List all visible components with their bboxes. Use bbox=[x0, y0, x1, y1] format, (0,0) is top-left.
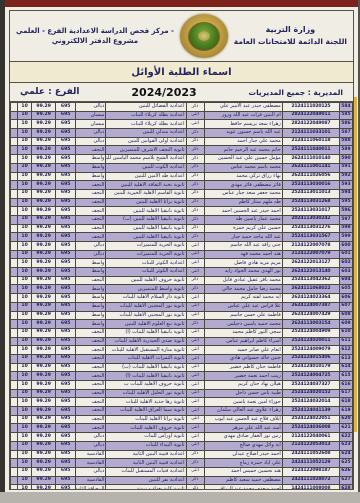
table-row: 6032624122013140نور الهدى محمد الجواد زا… bbox=[11, 268, 353, 277]
cell-average: 99.29 bbox=[32, 467, 56, 476]
project-title: مشروع الدفتر الالكتروني bbox=[16, 36, 174, 47]
cell-directorate: واسط bbox=[76, 163, 106, 172]
cell-directorate: واسط bbox=[76, 259, 106, 268]
cell-subject-count: 10 bbox=[18, 268, 32, 277]
table-row: 6082624124007429فاطمة علي حسن جاسمانثىثا… bbox=[11, 311, 353, 320]
cell-school: اعدادية بطلة كربلاء للبنات bbox=[106, 111, 186, 120]
blank-cell bbox=[11, 181, 18, 190]
cell-student-name: مريم مزيد هادي فاضل bbox=[204, 259, 282, 268]
cell-exam-number: 2524124037327 bbox=[282, 381, 339, 390]
cell-student-name: محمد حميد ياسين دحيلس bbox=[204, 320, 282, 329]
cell-exam-number: 2524124015406 bbox=[282, 354, 339, 363]
cell-average: 99.29 bbox=[32, 137, 56, 146]
cell-total: 695 bbox=[56, 129, 76, 138]
cell-average: 99.29 bbox=[32, 276, 56, 285]
cell-school: اعدادية مندلي للبنين bbox=[106, 129, 186, 138]
cell-total: 695 bbox=[56, 215, 76, 224]
cell-directorate: النجف bbox=[76, 189, 106, 198]
cell-school: ثانوية براثا الاهلية للبنين bbox=[106, 198, 186, 207]
cell-total: 695 bbox=[56, 294, 76, 303]
cell-directorate: النجف bbox=[76, 424, 106, 433]
results-table: 5842124111020125مصطفى حيدر عبد الامير عل… bbox=[10, 102, 353, 489]
table-row: 5842124111020125مصطفى حيدر عبد الامير عل… bbox=[11, 103, 353, 112]
blank-cell bbox=[11, 198, 18, 207]
cell-exam-number: 2124111060118 bbox=[282, 137, 339, 146]
cell-exam-number: 2624111068022 bbox=[282, 285, 339, 294]
cell-gender: ذكر bbox=[186, 172, 204, 181]
cell-serial: 604 bbox=[339, 276, 352, 285]
cell-serial: 602 bbox=[339, 259, 352, 268]
cell-total: 695 bbox=[56, 276, 76, 285]
cell-directorate: القادسية bbox=[76, 476, 106, 485]
table-row: 6281424111008008احمد سعدي محمد عبد الرزا… bbox=[11, 485, 353, 489]
cell-gender: انثى bbox=[186, 328, 204, 337]
cell-serial: 615 bbox=[339, 372, 352, 381]
blank-cell bbox=[11, 215, 18, 224]
cell-directorate: واسط bbox=[76, 302, 106, 311]
cell-exam-number: 2524111040011 bbox=[282, 146, 339, 155]
cell-exam-number: 2124122098187 bbox=[282, 467, 339, 476]
cell-serial: 600 bbox=[339, 242, 352, 251]
cell-exam-number: 2524124020152 bbox=[282, 389, 339, 398]
cell-school: ثانوية الحرية للمتميزات bbox=[106, 250, 186, 259]
cell-subject-count: 10 bbox=[18, 424, 32, 433]
blank-cell bbox=[11, 285, 18, 294]
cell-school: ثانوية منارة المستقبل الاهلية للبنات bbox=[106, 346, 186, 355]
cell-serial: 591 bbox=[339, 163, 352, 172]
cell-subject-count: 10 bbox=[18, 450, 32, 459]
cell-serial: 597 bbox=[339, 215, 352, 224]
cell-exam-number: 2624122013140 bbox=[282, 268, 339, 277]
cell-average: 99.29 bbox=[32, 155, 56, 164]
cell-school: ثانوية براثا الاهلية للبنات bbox=[106, 415, 186, 424]
cell-subject-count: 10 bbox=[18, 242, 32, 251]
cell-total: 695 bbox=[56, 320, 76, 329]
cell-school: ثانوية النجف الاشرف للمتميزين bbox=[106, 146, 186, 155]
cell-gender: ذكر bbox=[186, 215, 204, 224]
cell-subject-count: 10 bbox=[18, 172, 32, 181]
cell-serial: 586 bbox=[339, 120, 352, 129]
cell-school: اعدادية الشيخ بلاسم محمد الياسين للبنين bbox=[106, 155, 186, 164]
emblem-center-icon bbox=[198, 31, 210, 41]
cell-average: 99.29 bbox=[32, 320, 56, 329]
cell-gender: ذكر bbox=[186, 103, 204, 112]
cell-gender: انثى bbox=[186, 259, 204, 268]
cell-school: ثانوية كلية بغداد - زيونة bbox=[106, 485, 186, 489]
table-row: 5882124111060118محمد علي جبار احمدذكراعد… bbox=[11, 137, 353, 146]
cell-average: 99.29 bbox=[32, 302, 56, 311]
cell-subject-count: 10 bbox=[18, 328, 32, 337]
cell-total: 695 bbox=[56, 389, 76, 398]
cell-student-name: احمد حيدر اصلاح عيدان bbox=[204, 450, 282, 459]
cell-average: 99.29 bbox=[32, 372, 56, 381]
cell-exam-number: 2824122049011 bbox=[282, 111, 339, 120]
cell-exam-number: 2624124007429 bbox=[282, 311, 339, 320]
cell-gender: انثى bbox=[186, 363, 204, 372]
table-row: 6192524124041139زهراء علاوي عبد العالي س… bbox=[11, 407, 353, 416]
table-row: 6222124122040061رنين نور الغفار صادق مهد… bbox=[11, 433, 353, 442]
cell-gender: ذكر bbox=[186, 276, 204, 285]
cell-subject-count: 10 bbox=[18, 103, 32, 112]
cell-gender: ذكر bbox=[186, 198, 204, 207]
cell-serial: 584 bbox=[339, 103, 352, 112]
cell-gender: ذكر bbox=[186, 450, 204, 459]
cell-average: 99.29 bbox=[32, 441, 56, 450]
cell-gender: ذكر bbox=[186, 129, 204, 138]
cell-subject-count: 10 bbox=[18, 346, 32, 355]
cell-serial: 608 bbox=[339, 311, 352, 320]
cell-total: 695 bbox=[56, 137, 76, 146]
cell-directorate: واسط bbox=[76, 285, 106, 294]
cell-total: 695 bbox=[56, 146, 76, 155]
results-table-body: 5842124111020125مصطفى حيدر عبد الامير عل… bbox=[11, 103, 353, 490]
cell-exam-number: 2524113011013 bbox=[282, 189, 339, 198]
cell-exam-number: 2624111026056 bbox=[282, 172, 339, 181]
cell-average: 99.29 bbox=[32, 415, 56, 424]
cell-total: 695 bbox=[56, 103, 76, 112]
cell-exam-number: 2524113042362 bbox=[282, 276, 339, 285]
blank-cell bbox=[11, 424, 18, 433]
cell-student-name: هند احمد محمد فهد bbox=[204, 250, 282, 259]
cell-school: اعدادية الفضائل للبنين bbox=[106, 103, 186, 112]
cell-exam-number: 2624111010140 bbox=[282, 155, 339, 164]
cell-subject-count: 10 bbox=[18, 224, 32, 233]
cell-serial: 614 bbox=[339, 363, 352, 372]
cell-school: ثانوية بانيقيا الاهلية للبنات (ب) bbox=[106, 363, 186, 372]
cell-subject-count: 10 bbox=[18, 111, 32, 120]
cell-school: ثانوية زها حديد الاهلية للبنات bbox=[106, 398, 186, 407]
cell-exam-number: 2124122007078 bbox=[282, 242, 339, 251]
cell-school: ثانوية البيداء للبنات bbox=[106, 441, 186, 450]
cell-average: 99.29 bbox=[32, 389, 56, 398]
cell-subject-count: 10 bbox=[18, 381, 32, 390]
table-row: 5932524113030016فائز مصطفى فائز مهديذكرث… bbox=[11, 181, 353, 190]
ministry-title: وزارة التربية bbox=[234, 24, 347, 36]
cell-student-name: محمد باقر عقيل عبادي قابل bbox=[204, 276, 282, 285]
document-page: وزارة التربية اللجنة الدائمة للامتحانات … bbox=[5, 7, 358, 492]
blank-cell bbox=[11, 320, 18, 329]
cell-exam-number: 2524113031567 bbox=[282, 233, 339, 242]
cell-directorate: ديالى bbox=[76, 467, 106, 476]
table-row: 6002124122007078جنى رافد عبد الله جاسمان… bbox=[11, 242, 353, 251]
cell-directorate: النجف bbox=[76, 407, 106, 416]
cell-gender: انثى bbox=[186, 433, 204, 442]
cell-student-name: حاتم محمد عبد الرحيم حاتم bbox=[204, 146, 282, 155]
cell-exam-number: 2524124004725 bbox=[282, 372, 339, 381]
cell-directorate: النجف bbox=[76, 276, 106, 285]
cell-exam-number: 2624124007387 bbox=[282, 302, 339, 311]
cell-school: ثانوية نور المجتبى الاهلية للبنات bbox=[106, 302, 186, 311]
table-row: 6152524124004725زينب احمد نعمة خضيرانثىث… bbox=[11, 372, 353, 381]
cell-student-name: محمد عمار ياسين طه bbox=[204, 215, 282, 224]
table-row: 5992524113031567عبد الله ماجد حميد جبارذ… bbox=[11, 233, 353, 242]
cell-subject-count: 10 bbox=[18, 181, 32, 190]
table-row: 6122524124009079انغام علي صابر حميدانثىث… bbox=[11, 346, 353, 355]
blank-cell bbox=[11, 103, 18, 112]
table-row: 5982524113031276حسين علي كريم حمزةذكرثان… bbox=[11, 224, 353, 233]
title-band: اسماء الطلبة الأوائل bbox=[10, 61, 353, 83]
cell-student-name: هيلان نهاد حنان كريم bbox=[204, 381, 282, 390]
blank-cell bbox=[11, 363, 18, 372]
cell-subject-count: 10 bbox=[18, 207, 32, 216]
cell-student-name: فاطمة علي حسن جاسم bbox=[204, 311, 282, 320]
cell-average: 99.29 bbox=[32, 424, 56, 433]
table-row: 6262124122098187هند تحسين خميس احمدانثىا… bbox=[11, 467, 353, 476]
cell-total: 695 bbox=[56, 441, 76, 450]
table-row: 6212524124036008آمنه عبد الله علي مزهران… bbox=[11, 424, 353, 433]
cell-directorate: النجف bbox=[76, 398, 106, 407]
cell-gender: انثى bbox=[186, 407, 204, 416]
cell-total: 695 bbox=[56, 381, 76, 390]
cell-total: 695 bbox=[56, 259, 76, 268]
cell-school: ثانوية بانيقيا الاهلية للبنين bbox=[106, 207, 186, 216]
cell-subject-count: 10 bbox=[18, 285, 32, 294]
cell-serial: 593 bbox=[339, 181, 352, 190]
cell-average: 99.29 bbox=[32, 294, 56, 303]
cell-serial: 592 bbox=[339, 172, 352, 181]
cell-school: ثانوية بانيقيا الاهلية للبنين bbox=[106, 224, 186, 233]
cell-student-name: اسراء كاظم ابراهيم عباس bbox=[204, 337, 282, 346]
cell-serial: 585 bbox=[339, 111, 352, 120]
cell-serial: 618 bbox=[339, 398, 352, 407]
blank-cell bbox=[11, 476, 18, 485]
cell-total: 695 bbox=[56, 363, 76, 372]
scanned-document-screen: وزارة التربية اللجنة الدائمة للامتحانات … bbox=[0, 0, 360, 503]
cell-directorate: واسط bbox=[76, 320, 106, 329]
blank-cell bbox=[11, 459, 18, 468]
cell-student-name: زهراء سعد بريسم حافظ bbox=[204, 120, 282, 129]
table-row: 6072624124007387علا فراس عبد علي عباسانث… bbox=[11, 302, 353, 311]
cell-school: ثانوية بانيقيا الاهلية للبنات (أ) bbox=[106, 372, 186, 381]
cell-average: 99.29 bbox=[32, 285, 56, 294]
blank-cell bbox=[11, 276, 18, 285]
cell-total: 695 bbox=[56, 207, 76, 216]
cell-directorate: ديالى bbox=[76, 137, 106, 146]
cell-serial: 609 bbox=[339, 320, 352, 329]
cell-gender: انثى bbox=[186, 398, 204, 407]
cell-directorate: النجف bbox=[76, 389, 106, 398]
cell-subject-count: 10 bbox=[18, 129, 32, 138]
cell-gender: انثى bbox=[186, 389, 204, 398]
cell-school: ثانوية بانيقيا الاهلية للبنات (أ) bbox=[106, 328, 186, 337]
cell-average: 99.29 bbox=[32, 189, 56, 198]
blank-cell bbox=[11, 485, 18, 489]
cell-student-name: محمد رضا حامل محمد جالي bbox=[204, 285, 282, 294]
cell-average: 99.29 bbox=[32, 381, 56, 390]
cell-directorate: القادسية bbox=[76, 459, 106, 468]
cell-directorate: النجف bbox=[76, 181, 106, 190]
table-row: 6172524124020152طيبة ياس حسن داخلانثىثان… bbox=[11, 389, 353, 398]
cell-student-name: طه ملهم ستار كاظم bbox=[204, 198, 282, 207]
cell-directorate: النجف bbox=[76, 346, 106, 355]
cell-school: ثانوية حروف الاهلية للبنين bbox=[106, 276, 186, 285]
cell-exam-number: 1424111008008 bbox=[282, 485, 339, 489]
cell-student-name: رنين نور الغفار صادق مهدي bbox=[204, 433, 282, 442]
cell-subject-count: 10 bbox=[18, 389, 32, 398]
cell-student-name: طيبة ياس حسن داخل bbox=[204, 389, 282, 398]
cell-student-name: ام البنين فرات عبد الله وزور bbox=[204, 111, 282, 120]
cell-average: 99.29 bbox=[32, 129, 56, 138]
cell-serial: 601 bbox=[339, 250, 352, 259]
cell-serial: 589 bbox=[339, 146, 352, 155]
cell-average: 99.29 bbox=[32, 146, 56, 155]
cell-gender: انثى bbox=[186, 372, 204, 381]
table-row: 5922624111026056بهاء رزاق تركي محمدذكراع… bbox=[11, 172, 353, 181]
cell-exam-number: 2124122040061 bbox=[282, 433, 339, 442]
cell-average: 99.29 bbox=[32, 250, 56, 259]
cell-average: 99.29 bbox=[32, 207, 56, 216]
blank-cell bbox=[11, 242, 18, 251]
table-row: 5902624111010140مؤمل حسين علي عبد الحسين… bbox=[11, 155, 353, 164]
cell-directorate: واسط bbox=[76, 172, 106, 181]
document-header: وزارة التربية اللجنة الدائمة للامتحانات … bbox=[10, 11, 353, 61]
cell-directorate: النجف bbox=[76, 328, 106, 337]
blank-cell bbox=[11, 337, 18, 346]
cell-total: 695 bbox=[56, 354, 76, 363]
cell-student-name: آيه محمد لفته كريم bbox=[204, 294, 282, 303]
cell-average: 99.29 bbox=[32, 337, 56, 346]
cell-student-name: حسين علي كريم حمزة bbox=[204, 224, 282, 233]
cell-gender: انثى bbox=[186, 302, 204, 311]
cell-serial: 610 bbox=[339, 328, 352, 337]
cell-gender: انثى bbox=[186, 337, 204, 346]
cell-directorate: ديالى bbox=[76, 103, 106, 112]
cell-school: اعدادية الكوثر للبنات bbox=[106, 259, 186, 268]
table-row: 6162524124037327هيلان نهاد حنان كريمانثى… bbox=[11, 381, 353, 390]
table-row: 5952524113031268طه ملهم ستار كاظمذكرثانو… bbox=[11, 198, 353, 207]
table-row: 6272424111028072مصطفى حميد سعيد كاظمذكرا… bbox=[11, 476, 353, 485]
cell-total: 695 bbox=[56, 172, 76, 181]
cell-serial: 611 bbox=[339, 337, 352, 346]
cell-gender: ذكر bbox=[186, 233, 204, 242]
cell-gender: انثى bbox=[186, 242, 204, 251]
blank-cell bbox=[11, 155, 18, 164]
cell-exam-number: 2524124010179 bbox=[282, 363, 339, 372]
table-row: 5912624111001141محمد ياسم محمد عباسذكراع… bbox=[11, 163, 353, 172]
table-row: 5972024113030242محمد عمار ياسين طهذكرثان… bbox=[11, 215, 353, 224]
cell-subject-count: 10 bbox=[18, 433, 32, 442]
results-table-wrap: 5842124111020125مصطفى حيدر عبد الامير عل… bbox=[10, 102, 353, 489]
cell-serial: 596 bbox=[339, 207, 352, 216]
cell-directorate: ديالى bbox=[76, 433, 106, 442]
blank-cell bbox=[11, 294, 18, 303]
table-row: 6242424111052608احمد حيدر اصلاح عيدانذكر… bbox=[11, 450, 353, 459]
table-row: 6202524124022051ايلاف فلاح عبد الحسن عبد… bbox=[11, 415, 353, 424]
blank-cell bbox=[11, 172, 18, 181]
cell-serial: 613 bbox=[339, 354, 352, 363]
cell-student-name: زينب احمد نعمة خضير bbox=[204, 372, 282, 381]
blank-cell bbox=[11, 450, 18, 459]
cell-school: ثانوية حروف الاهلية للبنات bbox=[106, 424, 186, 433]
cell-exam-number: 2024113030242 bbox=[282, 215, 339, 224]
cell-school: ثانوية نخبة الثقافة الاهلية للبنين bbox=[106, 181, 186, 190]
blank-cell bbox=[11, 111, 18, 120]
cell-subject-count: 10 bbox=[18, 311, 32, 320]
cell-average: 99.29 bbox=[32, 215, 56, 224]
table-row: 6132524124015406حنين خالد حسواني هاديانث… bbox=[11, 354, 353, 363]
cell-school: ثانوية اوراس للبنات bbox=[106, 433, 186, 442]
page-edge-artifact bbox=[354, 97, 357, 432]
cell-gender: انثى bbox=[186, 311, 204, 320]
cell-exam-number: 2524113031017 bbox=[282, 207, 339, 216]
cell-average: 99.29 bbox=[32, 233, 56, 242]
cell-subject-count: 10 bbox=[18, 163, 32, 172]
cell-subject-count: 10 bbox=[18, 215, 32, 224]
cell-exam-number: 2524124022051 bbox=[282, 415, 339, 424]
cell-total: 695 bbox=[56, 224, 76, 233]
cell-serial: 625 bbox=[339, 459, 352, 468]
blank-cell bbox=[11, 381, 18, 390]
cell-directorate: ميسان bbox=[76, 120, 106, 129]
cell-directorate: النجف bbox=[76, 207, 106, 216]
cell-total: 695 bbox=[56, 268, 76, 277]
cell-average: 99.29 bbox=[32, 433, 56, 442]
cell-total: 695 bbox=[56, 181, 76, 190]
cell-serial: 616 bbox=[339, 381, 352, 390]
cell-school: ثانوية سما العراق الاهلية للبنات bbox=[106, 407, 186, 416]
cell-average: 99.29 bbox=[32, 172, 56, 181]
blank-cell bbox=[11, 389, 18, 398]
cell-gender: انثى bbox=[186, 268, 204, 277]
cell-average: 99.29 bbox=[32, 224, 56, 233]
cell-gender: انثى bbox=[186, 111, 204, 120]
document-frame: وزارة التربية اللجنة الدائمة للامتحانات … bbox=[9, 10, 354, 490]
cell-gender: ذكر bbox=[186, 320, 204, 329]
cell-gender: ذكر bbox=[186, 146, 204, 155]
cell-average: 99.29 bbox=[32, 242, 56, 251]
cell-gender: ذكر bbox=[186, 181, 204, 190]
cell-subject-count: 10 bbox=[18, 476, 32, 485]
cell-student-name: حنين خالد حسواني هادي bbox=[204, 354, 282, 363]
cell-student-name: محمد ياسم محمد عباس bbox=[204, 163, 282, 172]
table-row: 6012124122007079هند احمد محمد فهدانثىثان… bbox=[11, 250, 353, 259]
cell-school: اعدادية الكوثر للبنات bbox=[106, 268, 186, 277]
cell-student-name: حوراء امين نعمة ياسين bbox=[204, 398, 282, 407]
cell-exam-number: 2624113003154 bbox=[282, 320, 339, 329]
cell-exam-number: 2524124004909 bbox=[282, 328, 339, 337]
cell-subject-count: 10 bbox=[18, 146, 32, 155]
cell-subject-count: 10 bbox=[18, 372, 32, 381]
cell-directorate: واسط bbox=[76, 294, 106, 303]
cell-exam-number: 2124111020125 bbox=[282, 103, 339, 112]
cell-subject-count: 10 bbox=[18, 415, 32, 424]
cell-directorate: ديالى bbox=[76, 250, 106, 259]
cell-serial: 594 bbox=[339, 189, 352, 198]
cell-subject-count: 10 bbox=[18, 407, 32, 416]
cell-exam-number: 2524124032014 bbox=[282, 398, 339, 407]
cell-serial: 627 bbox=[339, 476, 352, 485]
cell-total: 695 bbox=[56, 163, 76, 172]
cell-serial: 620 bbox=[339, 415, 352, 424]
blank-cell bbox=[11, 163, 18, 172]
blank-cell bbox=[11, 407, 18, 416]
cell-subject-count: 10 bbox=[18, 259, 32, 268]
cell-total: 695 bbox=[56, 328, 76, 337]
cell-exam-number: 2424111028072 bbox=[282, 476, 339, 485]
table-row: 5862824122049087زهراء سعد بريسم حافظانثى… bbox=[11, 120, 353, 129]
blank-cell bbox=[11, 120, 18, 129]
cell-serial: 624 bbox=[339, 450, 352, 459]
cell-school: اعدادية الكوت للبنين bbox=[106, 163, 186, 172]
cell-student-name: هند تحسين خميس احمد bbox=[204, 467, 282, 476]
cell-average: 99.29 bbox=[32, 111, 56, 120]
cell-average: 99.29 bbox=[32, 103, 56, 112]
blank-cell bbox=[11, 259, 18, 268]
cell-directorate: ديالى bbox=[76, 129, 106, 138]
cell-student-name: سجى النور كاظم محمد bbox=[204, 328, 282, 337]
blank-cell bbox=[11, 207, 18, 216]
cell-school: ثانوية حروف الاهلية للبنات ب bbox=[106, 381, 186, 390]
